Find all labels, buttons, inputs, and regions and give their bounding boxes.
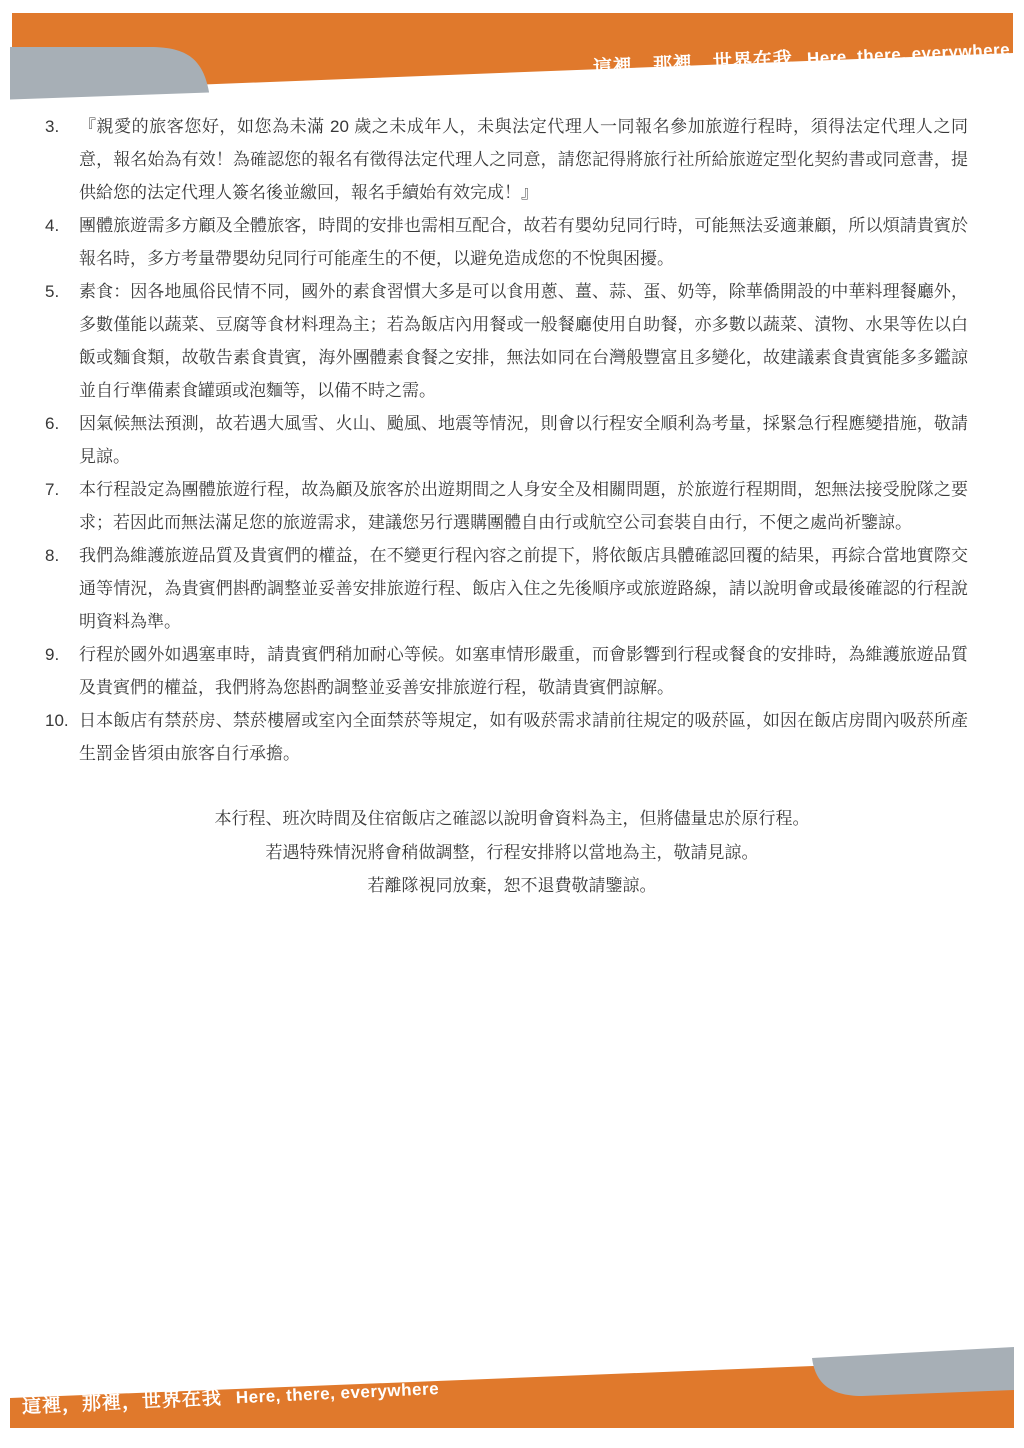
term-number: 3. [45,110,79,143]
term-text: 本行程設定為團體旅遊行程，故為顧及旅客於出遊期間之人身安全及相關問題，於旅遊行程… [79,473,968,539]
term-number: 5. [45,275,79,308]
term-text: 日本飯店有禁菸房、禁菸樓層或室內全面禁菸等規定，如有吸菸需求請前往規定的吸菸區，… [79,704,968,770]
term-text: 『親愛的旅客您好，如您為未滿 20 歲之未成年人，未與法定代理人一同報名參加旅遊… [79,110,968,209]
term-item: 9. 行程於國外如遇塞車時，請貴賓們稍加耐心等候。如塞車情形嚴重，而會影響到行程… [45,638,968,704]
term-number: 4. [45,209,79,242]
term-item: 7. 本行程設定為團體旅遊行程，故為顧及旅客於出遊期間之人身安全及相關問題，於旅… [45,473,968,539]
note-line: 若遇特殊情況將會稍做調整，行程安排將以當地為主，敬請見諒。 [0,836,1024,870]
term-text: 素食：因各地風俗民情不同，國外的素食習慣大多是可以食用蔥、薑、蒜、蛋、奶等，除華… [79,275,968,407]
term-number: 7. [45,473,79,506]
document-page: { "colors": { "orange": "#e0792c", "gray… [0,0,1024,1448]
header-gray-shape [10,47,209,100]
term-item: 10. 日本飯店有禁菸房、禁菸樓層或室內全面禁菸等規定，如有吸菸需求請前往規定的… [45,704,968,770]
term-text: 行程於國外如遇塞車時，請貴賓們稍加耐心等候。如塞車情形嚴重，而會影響到行程或餐食… [79,638,968,704]
term-item: 8. 我們為維護旅遊品質及貴賓們的權益，在不變更行程內容之前提下，將依飯店具體確… [45,539,968,638]
term-text: 我們為維護旅遊品質及貴賓們的權益，在不變更行程內容之前提下，將依飯店具體確認回覆… [79,539,968,638]
term-number: 9. [45,638,79,671]
term-item: 4. 團體旅遊需多方顧及全體旅客，時間的安排也需相互配合，故若有嬰幼兒同行時，可… [45,209,968,275]
term-item: 5. 素食：因各地風俗民情不同，國外的素食習慣大多是可以食用蔥、薑、蒜、蛋、奶等… [45,275,968,407]
term-text: 因氣候無法預測，故若遇大風雪、火山、颱風、地震等情況，則會以行程安全順利為考量，… [79,407,968,473]
footer-gray-shape [812,1347,1014,1396]
term-number: 10. [45,704,79,737]
term-number: 8. [45,539,79,572]
term-item: 3. 『親愛的旅客您好，如您為未滿 20 歲之未成年人，未與法定代理人一同報名參… [45,110,968,209]
term-number: 6. [45,407,79,440]
term-text: 團體旅遊需多方顧及全體旅客，時間的安排也需相互配合，故若有嬰幼兒同行時，可能無法… [79,209,968,275]
term-item: 6. 因氣候無法預測，故若遇大風雪、火山、颱風、地震等情況，則會以行程安全順利為… [45,407,968,473]
notes-block: 本行程、班次時間及住宿飯店之確認以說明會資料為主，但將儘量忠於原行程。 若遇特殊… [0,802,1024,903]
note-line: 本行程、班次時間及住宿飯店之確認以說明會資料為主，但將儘量忠於原行程。 [0,802,1024,836]
note-line: 若離隊視同放棄，恕不退費敬請鑒諒。 [0,869,1024,903]
terms-list: 3. 『親愛的旅客您好，如您為未滿 20 歲之未成年人，未與法定代理人一同報名參… [45,110,968,770]
